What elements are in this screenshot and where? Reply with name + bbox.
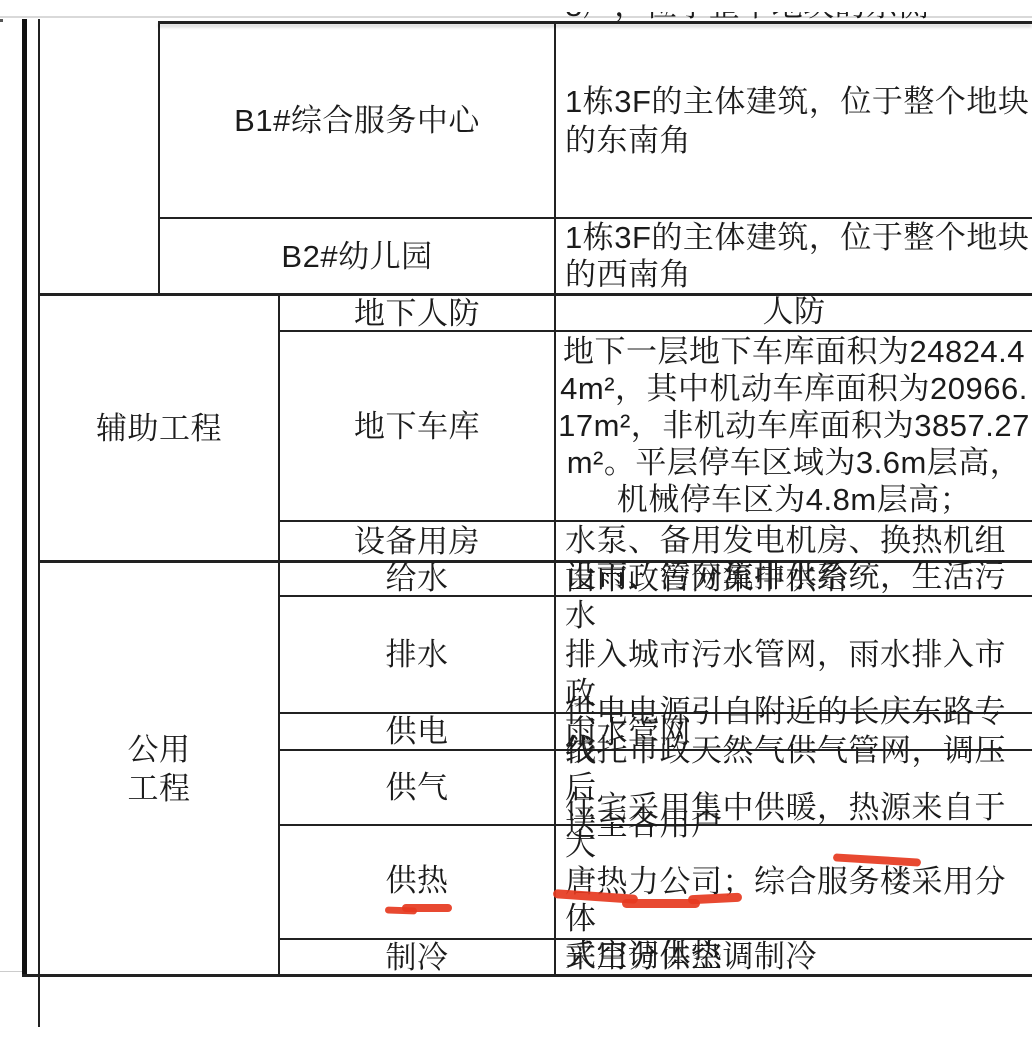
cell-renfang-label: 地下人防 bbox=[280, 296, 554, 330]
cell-b1-description: 1栋3F的主体建筑，位于整个地块 的东南角 bbox=[556, 24, 1032, 217]
left-margin-faint-line bbox=[0, 971, 23, 972]
cell-b2-label: B2#幼儿园 bbox=[160, 219, 554, 293]
cell-zhileng-label: 制冷 bbox=[280, 940, 554, 974]
cell-shebei-description: 水泵、备用发电机房、换热机组 bbox=[556, 521, 1032, 560]
cell-shebei-label: 设备用房 bbox=[280, 522, 554, 560]
cell-b2-description: 1栋3F的主体建筑，位于整个地块 的西南角 bbox=[556, 219, 1032, 293]
cell-gongre-description: 住宅采用集中供暖，热源来自于大 唐热力公司；综合服务楼采用分体 式空调供热 bbox=[556, 825, 1032, 938]
cell-paishui-label: 排水 bbox=[280, 597, 554, 712]
cell-renfang-description: 人防 bbox=[556, 293, 1032, 330]
cell-cheku-label: 地下车库 bbox=[280, 332, 554, 520]
cell-jishui-label: 给水 bbox=[280, 562, 554, 595]
cell-gongdian-label: 供电 bbox=[280, 714, 554, 749]
cell-category-utilities: 公用 工程 bbox=[40, 563, 278, 974]
red-underline-gongre-label-right bbox=[402, 904, 452, 912]
table-bottom-border bbox=[22, 974, 1032, 977]
cell-cheku-description: 地下一层地下车库面积为24824.4 4m²，其中机动车库面积为20966. 1… bbox=[556, 331, 1032, 519]
clipped-row-text: 8户，位于整个地块的东侧 bbox=[557, 12, 1032, 21]
cell-gongre-label: 供热 bbox=[280, 826, 554, 934]
table-heavy-left-rule bbox=[22, 19, 27, 976]
cell-zhileng-description: 采用分体空调制冷 bbox=[556, 939, 1032, 974]
cell-category-auxiliary: 辅助工程 bbox=[40, 296, 278, 560]
page-edge-tick bbox=[0, 19, 3, 22]
cell-gongqi-label: 供气 bbox=[280, 751, 554, 824]
document-page: 8户，位于整个地块的东侧 B1#综合服务中心 1栋3F的主体建筑，位于整个地块 … bbox=[0, 0, 1032, 1039]
cell-b1-label: B1#综合服务中心 bbox=[160, 24, 554, 217]
